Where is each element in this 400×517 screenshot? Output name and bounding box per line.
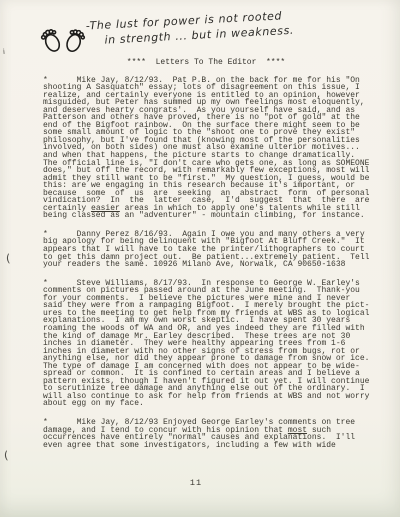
letters-body: **** Letters To The Editor **** * Mike J… — [43, 59, 383, 460]
margin-paren-mark: ( — [6, 252, 11, 265]
bigfoot-footprints-icon — [38, 18, 90, 63]
letter-paragraph: * Mike Jay, 8/12/93. Pat P.B. on the bac… — [43, 77, 383, 220]
margin-pen-tick: i — [3, 48, 5, 56]
margin-paren-mark: ( — [4, 449, 9, 462]
letter-line: your readers the same. 10926 Milano Ave,… — [43, 261, 383, 269]
page-number: 11 — [0, 478, 392, 488]
letter-line: even agree that some investigators, incl… — [43, 442, 383, 450]
scanned-letter-page: -The lust for power is not rooted in str… — [0, 0, 400, 517]
letter-paragraph: * Danny Perez 8/16/93. Again I owe you a… — [43, 231, 383, 269]
letter-line: being classed as an "adventurer" - mount… — [43, 212, 383, 220]
letter-paragraph: * Steve Williams, 8/17/93. In response t… — [43, 280, 383, 408]
letter-paragraph: * Mike Jay, 8/12/93 Enjoyed George Earle… — [43, 419, 383, 449]
handwritten-note: -The lust for power is not rooted in str… — [85, 3, 376, 48]
letter-line: about egg on my face. — [43, 400, 383, 408]
section-title: **** Letters To The Editor **** — [43, 59, 369, 67]
